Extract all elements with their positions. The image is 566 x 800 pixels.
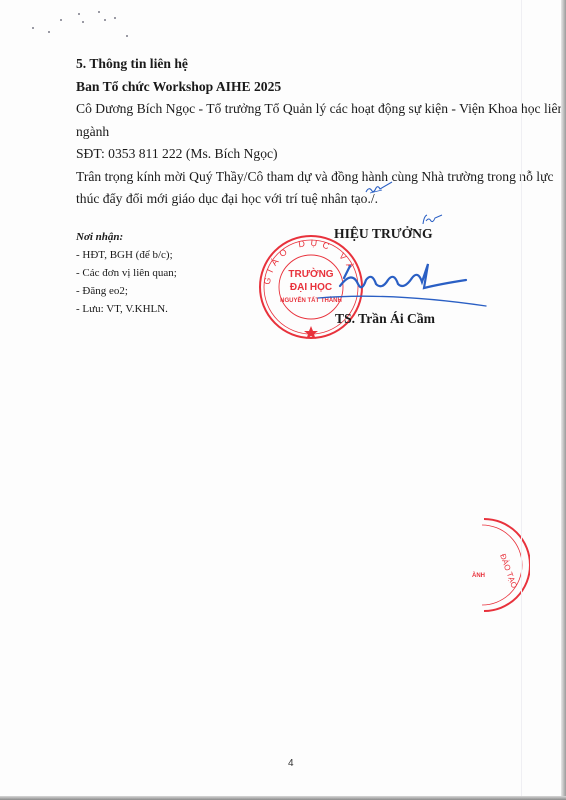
- signer-name: TS. Trần Ái Cầm: [335, 311, 435, 327]
- contact-line-continued: ngành: [76, 124, 109, 140]
- phone-line: SĐT: 0353 811 222 (Ms. Bích Ngọc): [76, 146, 278, 162]
- scan-edge-bottom: [0, 796, 566, 800]
- svg-text:ÀNH: ÀNH: [472, 572, 485, 579]
- page-number: 4: [288, 758, 294, 769]
- contact-line: Cô Dương Bích Ngọc - Tổ trưởng Tổ Quản l…: [76, 101, 564, 117]
- document-page: 5. Thông tin liên hệ Ban Tổ chức Worksho…: [0, 0, 566, 800]
- organizer-heading: Ban Tổ chức Workshop AIHE 2025: [76, 79, 281, 95]
- recipient-item: - HĐT, BGH (để b/c);: [76, 249, 173, 262]
- recipient-item: - Lưu: VT, V.KHLN.: [76, 303, 168, 316]
- scan-specks: [30, 5, 140, 40]
- recipients-label: Nơi nhận:: [76, 231, 123, 244]
- recipient-item: - Đăng eo2;: [76, 285, 128, 298]
- invitation-line-continued: thúc đẩy đổi mới giáo dục đại học với tr…: [76, 191, 378, 207]
- scan-edge-right: [561, 0, 566, 800]
- initials-mark-icon: [420, 212, 444, 226]
- initials-mark-icon: [364, 181, 394, 195]
- svg-text:ĐÀO TẠO: ĐÀO TẠO: [498, 553, 519, 590]
- section-heading: 5. Thông tin liên hệ: [76, 56, 188, 72]
- invitation-line: Trân trọng kính mời Quý Thầy/Cô tham dự …: [76, 169, 553, 185]
- scan-edge: [521, 0, 522, 800]
- recipient-item: - Các đơn vị liên quan;: [76, 267, 177, 280]
- handwritten-signature-icon: [300, 258, 500, 318]
